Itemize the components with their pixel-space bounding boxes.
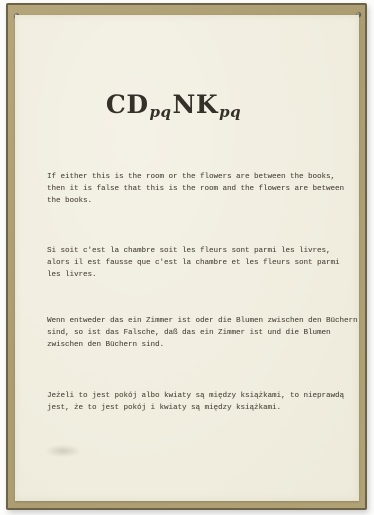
cardboard-backing: CDpqNKpq If either this is the room or t… <box>6 3 367 510</box>
paragraph-german: Wenn entweder das ein Zimmer ist oder di… <box>47 315 358 351</box>
text-line: then it is false that this is the room a… <box>47 183 344 195</box>
artwork-photo: CDpqNKpq If either this is the room or t… <box>0 0 374 515</box>
text-line: les livres. <box>47 269 340 281</box>
logic-formula-title: CDpqNKpq <box>2 91 346 126</box>
formula-segment-cd: CD <box>106 90 149 119</box>
text-line: Si soit c'est la chambre soit les fleurs… <box>47 245 340 257</box>
paragraph-polish: Jeżeli to jest pokój albo kwiaty są międ… <box>47 390 344 414</box>
text-line: Wenn entweder das ein Zimmer ist oder di… <box>47 315 358 327</box>
text-line: sind, so ist das Falsche, daß das ein Zi… <box>47 327 358 339</box>
text-line: Jeżeli to jest pokój albo kwiaty są międ… <box>47 390 344 402</box>
formula-segment-nk: NK <box>172 90 218 119</box>
text-line: jest, że to jest pokój i kwiaty są międz… <box>47 402 344 414</box>
paragraph-english: If either this is the room or the flower… <box>47 171 344 207</box>
formula-subscript-pq-1: pq <box>150 103 172 121</box>
text-line: alors il est fausse que c'est la chambre… <box>47 257 340 269</box>
paragraph-french: Si soit c'est la chambre soit les fleurs… <box>47 245 340 281</box>
formula-subscript-pq-2: pq <box>219 103 241 121</box>
text-line: zwischen den Büchern sind. <box>47 339 358 351</box>
text-line: If either this is the room or the flower… <box>47 171 344 183</box>
text-line: the books. <box>47 195 344 207</box>
pencil-smudge <box>45 445 81 457</box>
typed-sheet: CDpqNKpq If either this is the room or t… <box>15 15 359 501</box>
